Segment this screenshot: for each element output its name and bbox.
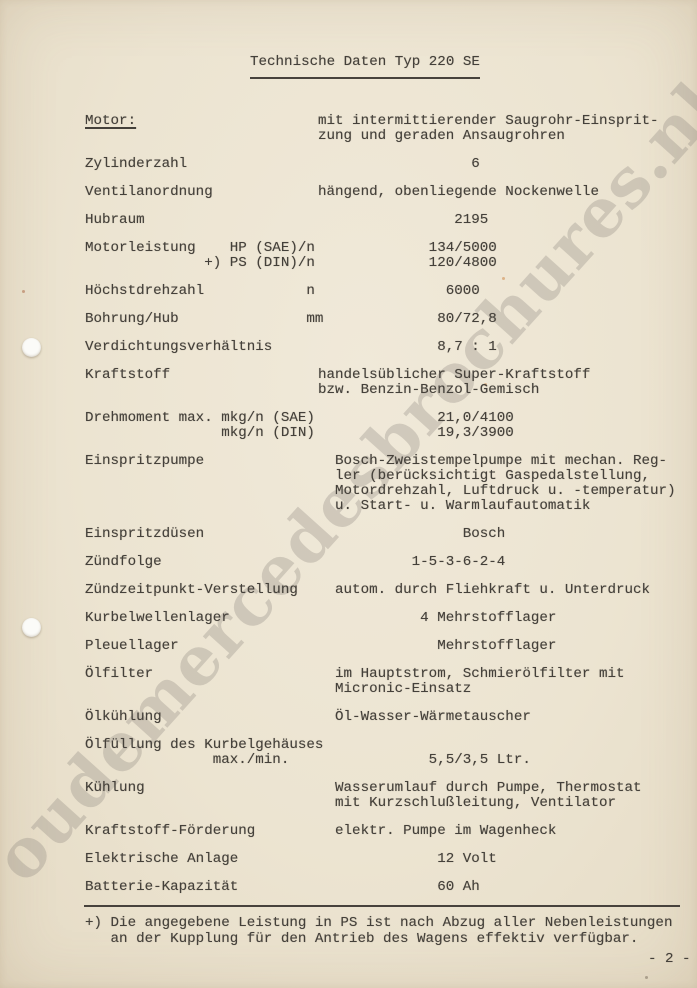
- spec-label: Drehmoment max. mkg/n (SAE) mkg/n (DIN): [85, 411, 318, 441]
- spec-value: 134/5000 120/4800: [318, 241, 680, 271]
- spec-label: Zündzeitpunkt-Verstellung: [85, 583, 318, 598]
- spec-row: Motor: mit intermittierender Saugrohr-Ei…: [85, 114, 680, 144]
- spec-value: Öl-Wasser-Wärmetauscher: [318, 710, 680, 725]
- spec-value: Bosch: [318, 527, 680, 542]
- spec-value: 5,5/3,5 Ltr.: [318, 738, 680, 768]
- spec-row: Einspritzpumpe Bosch-Zweistempelpumpe mi…: [85, 454, 680, 514]
- spec-row: Hubraum 2195: [85, 213, 680, 228]
- spec-label: Bohrung/Hub mm: [85, 312, 318, 327]
- spec-row: Drehmoment max. mkg/n (SAE) mkg/n (DIN) …: [85, 411, 680, 441]
- spec-row: Bohrung/Hub mm 80/72,8: [85, 312, 680, 327]
- spec-label: Motor:: [85, 114, 318, 129]
- paper-speck: [645, 976, 648, 979]
- spec-label: Kurbelwellenlager: [85, 611, 318, 626]
- spec-value: Mehrstofflager: [318, 639, 680, 654]
- spec-label: Zündfolge: [85, 555, 318, 570]
- spec-row: Verdichtungsverhältnis 8,7 : 1: [85, 340, 680, 355]
- spec-table: Motor: mit intermittierender Saugrohr-Ei…: [85, 114, 680, 895]
- paper-speck: [22, 290, 25, 293]
- spec-value: handelsüblicher Super-Kraftstoff bzw. Be…: [318, 368, 680, 398]
- spec-value: 12 Volt: [318, 852, 680, 867]
- spec-value: elektr. Pumpe im Wagenheck: [318, 824, 680, 839]
- spec-value: 80/72,8: [318, 312, 680, 327]
- spec-row: Kraftstoff-Förderung elektr. Pumpe im Wa…: [85, 824, 680, 839]
- spec-value: Wasserumlauf durch Pumpe, Thermostat mit…: [318, 781, 680, 811]
- spec-value: mit intermittierender Saugrohr-Einsprit-…: [318, 114, 680, 144]
- spec-value: 60 Ah: [318, 880, 680, 895]
- spec-row: Höchstdrehzahl n 6000: [85, 284, 680, 299]
- spec-row: Elektrische Anlage 12 Volt: [85, 852, 680, 867]
- spec-value: hängend, obenliegende Nockenwelle: [318, 185, 680, 200]
- spec-label: Ölfüllung des Kurbelgehäuses max./min.: [85, 738, 318, 768]
- spec-value: 4 Mehrstofflager: [318, 611, 680, 626]
- spec-row: Kurbelwellenlager 4 Mehrstofflager: [85, 611, 680, 626]
- spec-label: Kraftstoff-Förderung: [85, 824, 318, 839]
- spec-row: Zündfolge 1-5-3-6-2-4: [85, 555, 680, 570]
- spec-label: Einspritzpumpe: [85, 454, 318, 469]
- spec-value: Bosch-Zweistempelpumpe mit mechan. Reg- …: [318, 454, 680, 514]
- page-number: - 2 -: [648, 951, 691, 967]
- spec-value: 8,7 : 1: [318, 340, 680, 355]
- spec-label: Ölkühlung: [85, 710, 318, 725]
- punch-hole-bottom: [22, 618, 41, 637]
- footnote: +) Die angegebene Leistung in PS ist nac…: [85, 916, 672, 947]
- footnote-divider-rule: [84, 905, 680, 907]
- spec-row: Motorleistung HP (SAE)/n +) PS (DIN)/n 1…: [85, 241, 680, 271]
- spec-row: Zündzeitpunkt-Verstellung autom. durch F…: [85, 583, 680, 598]
- spec-value: 21,0/4100 19,3/3900: [318, 411, 680, 441]
- spec-value: im Hauptstrom, Schmierölfilter mit Micro…: [318, 667, 680, 697]
- spec-label: Höchstdrehzahl n: [85, 284, 318, 299]
- spec-label: Ventilanordnung: [85, 185, 318, 200]
- spec-value: 2195: [318, 213, 680, 228]
- spec-row: Kraftstoff handelsüblicher Super-Kraftst…: [85, 368, 680, 398]
- spec-label: Elektrische Anlage: [85, 852, 318, 867]
- spec-row: Ölfilter im Hauptstrom, Schmierölfilter …: [85, 667, 680, 697]
- document-title: Technische Daten Typ 220 SE: [250, 55, 480, 79]
- spec-row: Zylinderzahl 6: [85, 157, 680, 172]
- spec-value: 1-5-3-6-2-4: [318, 555, 680, 570]
- spec-row: Ölfüllung des Kurbelgehäuses max./min. 5…: [85, 738, 680, 768]
- spec-label: Batterie-Kapazität: [85, 880, 318, 895]
- spec-row: Pleuellager Mehrstofflager: [85, 639, 680, 654]
- spec-value: 6: [318, 157, 680, 172]
- spec-label: Zylinderzahl: [85, 157, 318, 172]
- spec-label: Ölfilter: [85, 667, 318, 682]
- punch-hole-top: [22, 338, 41, 357]
- spec-value: 6000: [318, 284, 680, 299]
- spec-row: Kühlung Wasserumlauf durch Pumpe, Thermo…: [85, 781, 680, 811]
- spec-row: Batterie-Kapazität 60 Ah: [85, 880, 680, 895]
- spec-label: Kraftstoff: [85, 368, 318, 383]
- spec-label: Einspritzdüsen: [85, 527, 318, 542]
- spec-label: Verdichtungsverhältnis: [85, 340, 318, 355]
- spec-row: Ölkühlung Öl-Wasser-Wärmetauscher: [85, 710, 680, 725]
- spec-label: Motorleistung HP (SAE)/n +) PS (DIN)/n: [85, 241, 318, 271]
- spec-label: Pleuellager: [85, 639, 318, 654]
- spec-value: autom. durch Fliehkraft u. Unterdruck: [318, 583, 680, 598]
- spec-row: Ventilanordnung hängend, obenliegende No…: [85, 185, 680, 200]
- spec-row: Einspritzdüsen Bosch: [85, 527, 680, 542]
- scanned-document-page: oudemercedesbrochures.nl Technische Date…: [0, 0, 697, 988]
- spec-label: Hubraum: [85, 213, 318, 228]
- spec-label: Kühlung: [85, 781, 318, 796]
